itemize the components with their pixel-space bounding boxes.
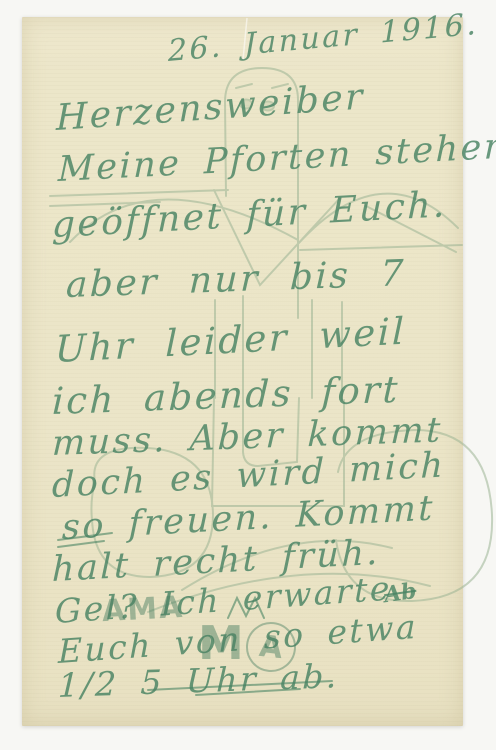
sketch-line xyxy=(300,245,462,250)
block-letters-mark: AMA xyxy=(101,590,185,629)
struck-word: Ab xyxy=(382,578,418,608)
sketch-line xyxy=(50,190,228,196)
scanned-letter-photo: 26. Januar 1916. Herzensweiber Meine Pfo… xyxy=(0,0,496,750)
monogram-m: M xyxy=(198,616,244,670)
